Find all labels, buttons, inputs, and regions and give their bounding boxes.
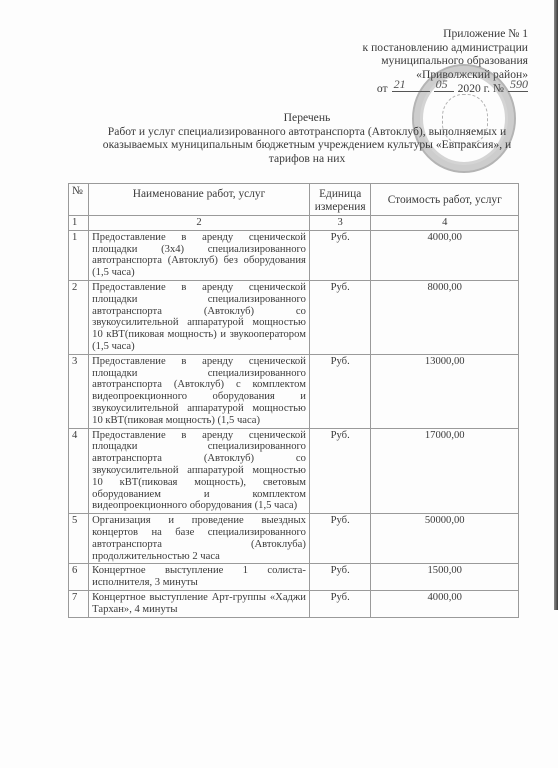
service-cost: 4000,00 — [371, 590, 519, 617]
date-day: 21 — [394, 78, 406, 92]
service-name: Организация и проведение выездных концер… — [89, 514, 310, 564]
unit-of-measure: Руб. — [309, 564, 371, 591]
table-row: 7Концертное выступление Арт-группы «Хадж… — [69, 590, 519, 617]
table-row: 1Предоставление в аренду сценической пло… — [69, 230, 519, 280]
service-cost: 13000,00 — [371, 354, 519, 428]
service-cost: 8000,00 — [371, 280, 519, 354]
header-name: Наименование работ, услуг — [89, 184, 310, 216]
row-number: 5 — [69, 514, 89, 564]
tariffs-table: № Наименование работ, услуг Единица изме… — [68, 183, 519, 618]
appendix-date-line: от 21 05 2020 г. № 590 — [363, 81, 528, 96]
service-name: Концертное выступление Арт-группы «Хаджи… — [89, 590, 310, 617]
table-row: 6Концертное выступление 1 солиста-исполн… — [69, 564, 519, 591]
row-number: 7 — [69, 590, 89, 617]
service-name: Концертное выступление 1 солиста-исполни… — [89, 564, 310, 591]
unit-of-measure: Руб. — [309, 428, 371, 514]
row-number: 4 — [69, 428, 89, 514]
document-number-field: 590 — [508, 81, 528, 92]
document-title: Перечень Работ и услуг специализированно… — [62, 111, 552, 165]
row-number: 1 — [69, 230, 89, 280]
title-line-3: тарифов на них — [62, 152, 552, 166]
service-cost: 50000,00 — [371, 514, 519, 564]
column-number: 4 — [371, 216, 519, 231]
service-name: Предоставление в аренду сценической площ… — [89, 428, 310, 514]
column-number: 3 — [309, 216, 371, 231]
date-day-field: 21 — [392, 81, 430, 92]
service-name: Предоставление в аренду сценической площ… — [89, 280, 310, 354]
service-cost: 1500,00 — [371, 564, 519, 591]
appendix-line-2: к постановлению администрации — [363, 41, 528, 55]
header-cost: Стоимость работ, услуг — [371, 184, 519, 216]
unit-of-measure: Руб. — [309, 280, 371, 354]
header-num: № — [69, 184, 89, 216]
row-number: 3 — [69, 354, 89, 428]
title-heading: Перечень — [62, 111, 552, 125]
table-row: 3Предоставление в аренду сценической пло… — [69, 354, 519, 428]
date-year: 2020 г. № — [458, 82, 504, 96]
table-row: 2Предоставление в аренду сценической пло… — [69, 280, 519, 354]
column-number: 1 — [69, 216, 89, 231]
title-line-1: Работ и услуг специализированного автотр… — [62, 125, 552, 139]
appendix-header: Приложение № 1 к постановлению администр… — [363, 27, 528, 96]
header-unit: Единица измерения — [309, 184, 371, 216]
service-cost: 17000,00 — [371, 428, 519, 514]
document-number: 590 — [510, 78, 528, 92]
appendix-line-3: муниципального образования — [363, 54, 528, 68]
scan-edge-shadow — [554, 0, 558, 610]
table-row: 4Предоставление в аренду сценической пло… — [69, 428, 519, 514]
date-month-field: 05 — [434, 81, 454, 92]
table-row: 5Организация и проведение выездных конце… — [69, 514, 519, 564]
title-line-2: оказываемых муниципальным бюджетным учре… — [62, 138, 552, 152]
service-name: Предоставление в аренду сценической площ… — [89, 230, 310, 280]
appendix-line-1: Приложение № 1 — [363, 27, 528, 41]
row-number: 2 — [69, 280, 89, 354]
unit-of-measure: Руб. — [309, 514, 371, 564]
unit-of-measure: Руб. — [309, 230, 371, 280]
date-month: 05 — [436, 78, 448, 92]
service-cost: 4000,00 — [371, 230, 519, 280]
date-prefix: от — [377, 82, 388, 96]
row-number: 6 — [69, 564, 89, 591]
unit-of-measure: Руб. — [309, 590, 371, 617]
column-numbers-row: 1 2 3 4 — [69, 216, 519, 231]
service-name: Предоставление в аренду сценической площ… — [89, 354, 310, 428]
table-header-row: № Наименование работ, услуг Единица изме… — [69, 184, 519, 216]
column-number: 2 — [89, 216, 310, 231]
unit-of-measure: Руб. — [309, 354, 371, 428]
